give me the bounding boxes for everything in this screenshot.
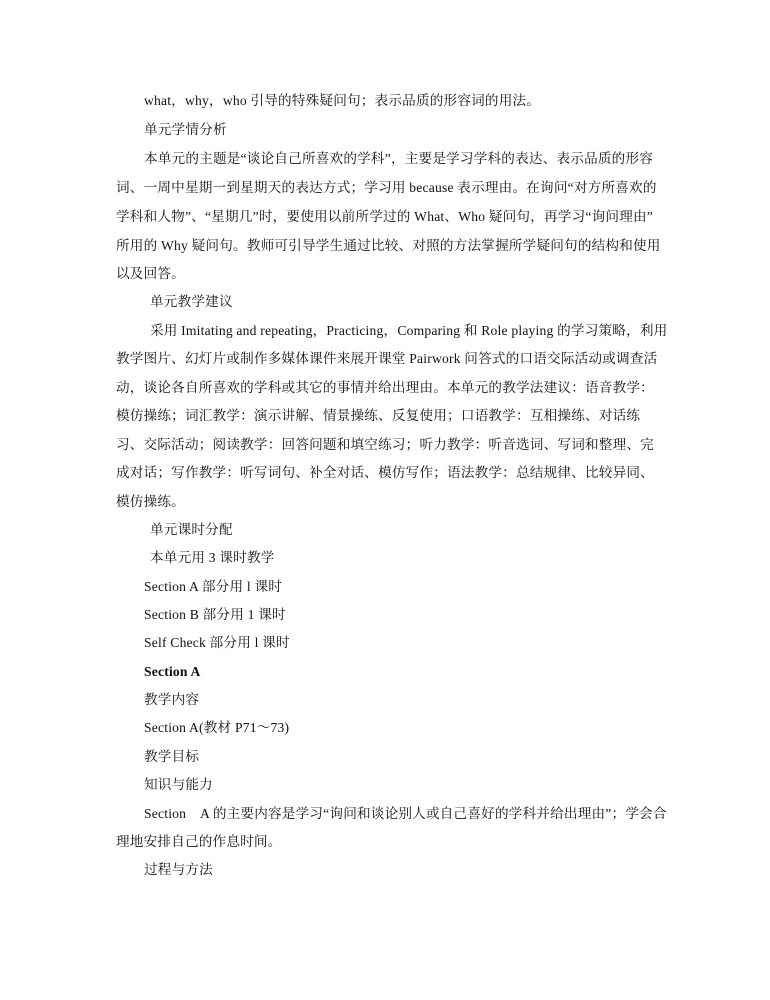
- text-line: 教学图片、幻灯片或制作多媒体课件来展开课堂 Pairwork 问答式的口语交际活…: [116, 350, 657, 368]
- text-line: 学科和人物”、“星期几”时，要使用以前所学过的 What、Who 疑问句，再学习…: [116, 208, 653, 226]
- text-line: 知识与能力: [144, 776, 213, 794]
- text-line: 理地安排自己的作息时间。: [116, 833, 282, 851]
- text-line: 习、交际活动；阅读教学：回答问题和填空练习；听力教学：听音选词、写词和整理、完: [116, 436, 654, 454]
- text-line: 教学目标: [144, 748, 199, 766]
- text-line: 所用的 Why 疑问句。教师可引导学生通过比较、对照的方法掌握所学疑问句的结构和…: [116, 237, 661, 255]
- text-line: 教学内容: [144, 691, 199, 709]
- text-line: Section A(教材 P71～73): [144, 719, 289, 737]
- text-line: 采用 Imitating and repeating，Practicing，Co…: [150, 322, 667, 340]
- text-line: 单元课时分配: [150, 521, 233, 539]
- text-line: 以及回答。: [116, 265, 185, 283]
- text-line: Self Check 部分用 l 课时: [144, 634, 290, 652]
- text-line: 模仿操练；词汇教学：演示讲解、情景操练、反复使用；口语教学：互相操练、对话练: [116, 407, 640, 425]
- section-heading: Section A: [144, 663, 201, 681]
- text-line: 本单元的主题是“谈论自己所喜欢的学科”，主要是学习学科的表达、表示品质的形容: [144, 150, 653, 168]
- text-line: 本单元用 3 课时教学: [150, 549, 275, 567]
- text-line: Section A 的主要内容是学习“询问和谈论别人或自己喜好的学科并给出理由”…: [144, 805, 667, 823]
- text-line: 单元学情分析: [144, 121, 227, 139]
- text-line: 成对话；写作教学：听写词句、补全对话、模仿写作；语法教学：总结规律、比较异同、: [116, 464, 654, 482]
- text-line: 单元教学建议: [150, 293, 233, 311]
- text-line: 动，谈论各自所喜欢的学科或其它的事情并给出理由。本单元的教学法建议：语音教学：: [116, 379, 654, 397]
- document-page: what，why，who 引导的特殊疑问句；表示品质的形容词的用法。单元学情分析…: [0, 0, 770, 1000]
- text-line: 过程与方法: [144, 861, 213, 879]
- text-line: 词、一周中星期一到星期天的表达方式；学习用 because 表示理由。在询问“对…: [116, 179, 657, 197]
- text-line: what，why，who 引导的特殊疑问句；表示品质的形容词的用法。: [144, 92, 540, 110]
- text-line: Section B 部分用 1 课时: [144, 606, 286, 624]
- text-line: 模仿操练。: [116, 493, 185, 511]
- text-line: Section A 部分用 l 课时: [144, 578, 282, 596]
